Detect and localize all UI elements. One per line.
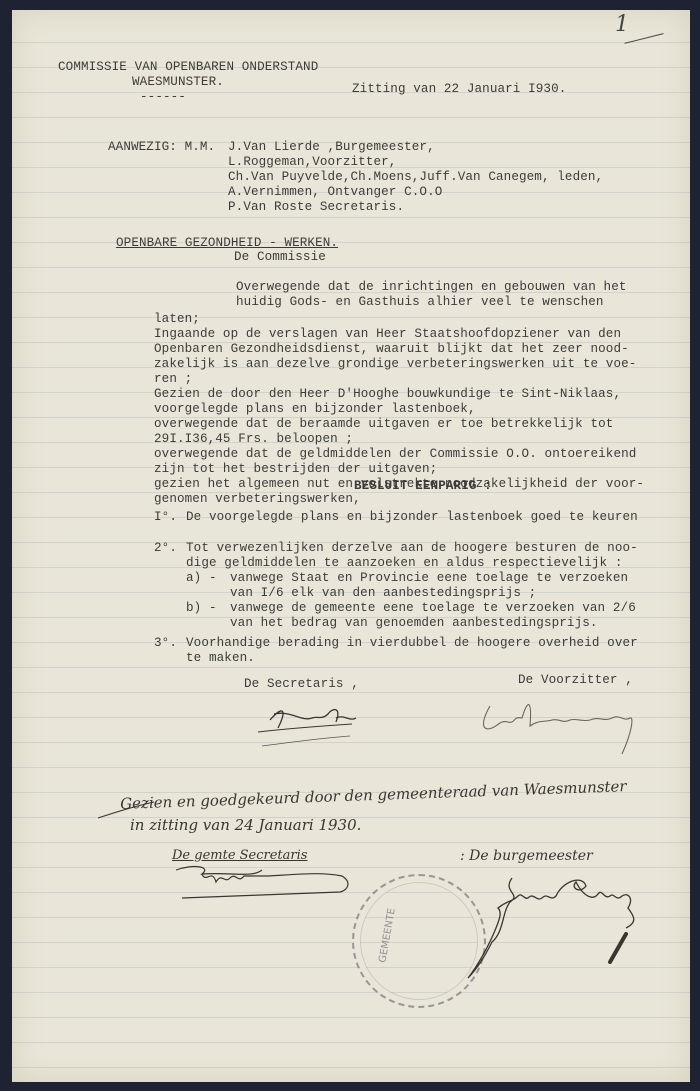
attendance-label: AANWEZIG: M.M. <box>108 140 215 155</box>
sub-item-text: vanwege Staat en Provincie eene toelage … <box>230 571 628 586</box>
stamp-text: GEMEENTE <box>377 907 397 963</box>
attendance-line: A.Vernimmen, Ontvanger C.O.O <box>228 185 442 200</box>
secretary-signature <box>252 700 382 750</box>
consideration-line: ren ; <box>154 372 192 387</box>
municipal-secretary-label: De gemte Secretaris <box>172 848 307 863</box>
consideration-line: zijn tot het bestrijden der uitgaven; <box>154 462 437 477</box>
consideration-line: overwegende dat de geldmiddelen der Comm… <box>154 447 636 462</box>
attendance-line: Ch.Van Puyvelde,Ch.Moens,Juff.Van Canege… <box>228 170 603 185</box>
consideration-line: zakelijk is aan dezelve grondige verbete… <box>154 357 636 372</box>
mayor-signature <box>452 872 672 982</box>
consideration-line: Openbaren Gezondheidsdienst, waaruit bli… <box>154 342 629 357</box>
session-date: Zitting van 22 Januari I930. <box>352 82 566 97</box>
consideration-line: voorgelegde plans en bijzonder lastenboe… <box>154 402 476 417</box>
section-subject: De Commissie <box>234 250 326 265</box>
consideration-line: overwegende dat de beraamde uitgaven er … <box>154 417 613 432</box>
resolution-text: te maken. <box>186 651 255 666</box>
secretary-label: De Secretaris , <box>244 677 359 692</box>
approval-note-date: in zitting van 24 Januari 1930. <box>130 816 361 834</box>
resolution-text: De voorgelegde plans en bijzonder lasten… <box>186 510 638 525</box>
resolution-text: Tot verwezenlijken derzelve aan de hooge… <box>186 541 638 556</box>
organization-name: COMMISSIE VAN OPENBAREN ONDERSTAND <box>58 60 318 75</box>
attendance-line: J.Van Lierde ,Burgemeester, <box>228 140 435 155</box>
chairman-label: De Voorzitter , <box>518 673 633 688</box>
decision-heading: BESLUIT EENPARIG : <box>354 479 492 494</box>
consideration-line: genomen verbeteringswerken, <box>154 492 361 507</box>
attendance-line: P.Van Roste Secretaris. <box>228 200 404 215</box>
consideration-line: Ingaande op de verslagen van Heer Staats… <box>154 327 621 342</box>
sub-item-text: vanwege de gemeente eene toelage te verz… <box>230 601 636 616</box>
municipal-secretary-signature <box>172 862 362 908</box>
consideration-line: Gezien de door den Heer D'Hooghe bouwkun… <box>154 387 621 402</box>
sub-item-text: van I/6 elk van den aanbestedingsprijs ; <box>230 586 536 601</box>
resolution-number: 2°. <box>154 541 177 556</box>
sub-item-text: van het bedrag van genoemden aanbestedin… <box>230 616 598 631</box>
approval-note-line: Gezien en goedgekeurd door den gemeenter… <box>120 777 627 813</box>
amount-line: 29I.I36,45 Frs. beloopen ; <box>154 432 353 447</box>
consideration-line: huidig Gods- en Gasthuis alhier veel te … <box>236 295 604 310</box>
sub-item-label: b) - <box>186 601 217 616</box>
page-number: 1 <box>615 12 629 37</box>
document-page: 1 COMMISSIE VAN OPENBAREN ONDERSTAND WAE… <box>12 10 690 1082</box>
resolution-number: I°. <box>154 510 177 525</box>
chairman-signature <box>472 692 652 762</box>
consideration-line: Overwegende dat de inrichtingen en gebou… <box>236 280 627 295</box>
mayor-label: : De burgemeester <box>460 848 593 864</box>
header-separator: ------ <box>140 90 186 105</box>
resolution-number: 3°. <box>154 636 177 651</box>
consideration-line: laten; <box>154 312 200 327</box>
sub-item-label: a) - <box>186 571 217 586</box>
resolution-text: dige geldmiddelen te aanzoeken en aldus … <box>186 556 622 571</box>
resolution-text: Voorhandige berading in vierdubbel de ho… <box>186 636 638 651</box>
page-number-underline <box>624 33 663 44</box>
section-title: OPENBARE GEZONDHEID - WERKEN. <box>116 236 338 251</box>
attendance-line: L.Roggeman,Voorzitter, <box>228 155 396 170</box>
organization-location: WAESMUNSTER. <box>132 75 224 90</box>
